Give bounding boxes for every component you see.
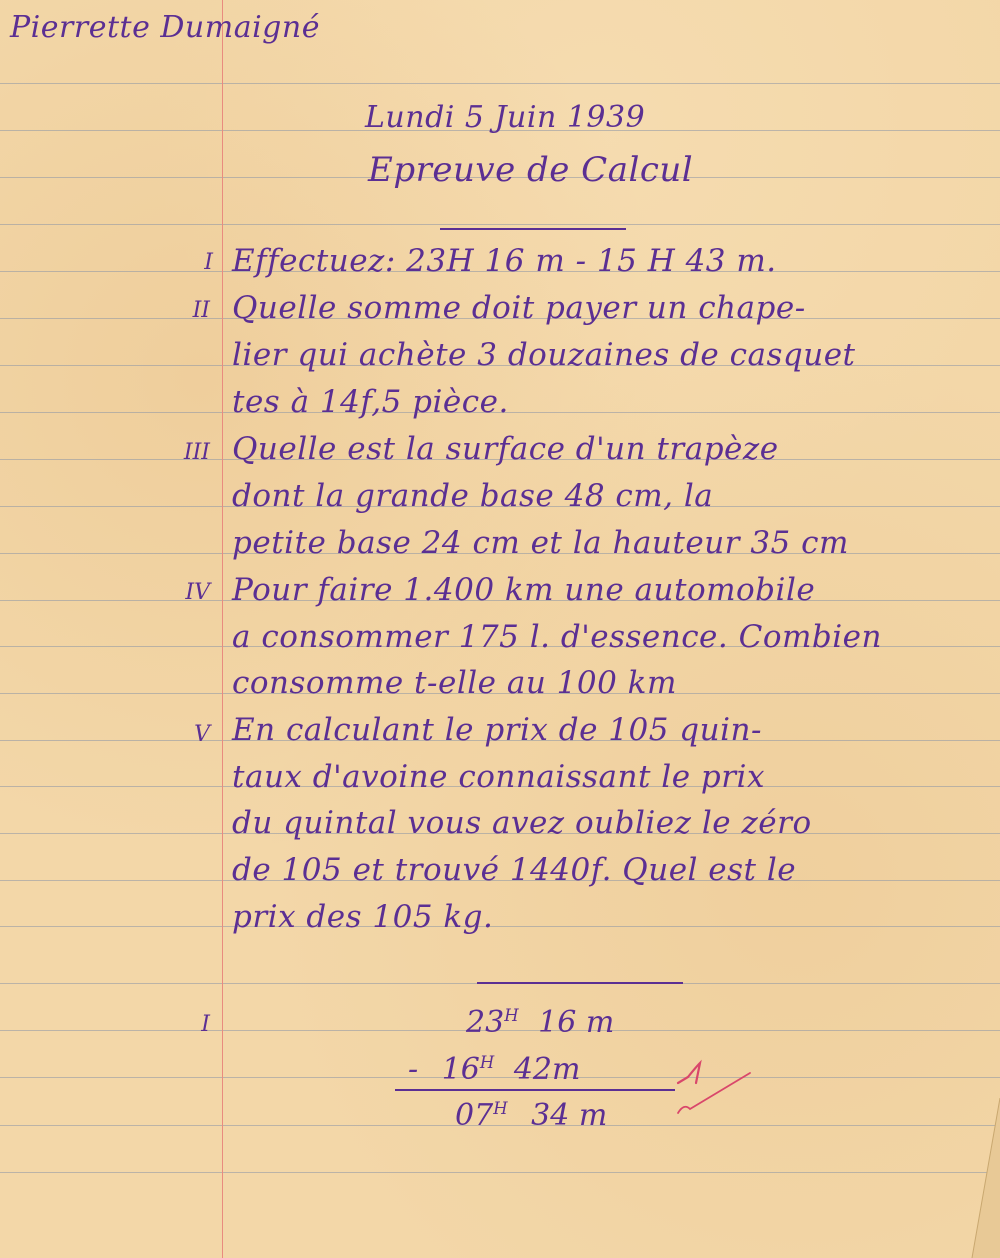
red-margin-line [222, 0, 223, 1258]
question-2-line-2: lier qui achète 3 douzaines de casquet [232, 337, 856, 373]
subtrahend-hours: 16 [442, 1052, 480, 1087]
subtrahend: - 16H 42m [408, 1052, 580, 1087]
hour-unit: H [480, 1053, 494, 1072]
student-name: Pierrette Dumaigné [10, 10, 320, 45]
minuend-hours: 23 [466, 1005, 504, 1040]
question-numeral-2: II [160, 298, 210, 323]
question-4-line-2: a consommer 175 l. d'essence. Combien [232, 619, 882, 655]
question-3-line-3: petite base 24 cm et la hauteur 35 cm [232, 525, 849, 561]
question-3-line-1: Quelle est la surface d'un trapèze [232, 431, 779, 467]
question-5-line-3: du quintal vous avez oubliez le zéro [232, 805, 812, 841]
question-numeral-3: III [150, 440, 210, 465]
question-4-line-1: Pour faire 1.400 km une automobile [232, 572, 815, 608]
question-5-line-4: de 105 et trouvé 1440f. Quel est le [232, 852, 796, 888]
minuend-minutes: 16 m [538, 1005, 614, 1040]
notebook-page: Pierrette Dumaigné Lundi 5 Juin 1939 Epr… [0, 0, 1000, 1258]
ruled-line [0, 224, 1000, 225]
question-5-line-1: En calculant le prix de 105 quin- [232, 712, 762, 748]
subtrahend-minutes: 42m [514, 1052, 581, 1087]
question-numeral-1: I [185, 250, 213, 275]
exam-date: Lundi 5 Juin 1939 [365, 100, 645, 135]
minuend: 23H 16 m [466, 1005, 614, 1040]
grade-checkmark-icon [660, 1055, 770, 1125]
answer-numeral-1: I [180, 1012, 210, 1037]
paper-edge-tear [960, 1098, 1000, 1258]
title-underline [440, 228, 626, 230]
question-4-line-3: consomme t-elle au 100 km [232, 665, 677, 701]
ruled-line [0, 83, 1000, 84]
ruled-line [0, 1172, 1000, 1173]
hour-unit: H [504, 1006, 518, 1025]
question-numeral-4: IV [155, 580, 210, 605]
question-numeral-5: V [160, 722, 210, 747]
result-hours: 07 [455, 1098, 493, 1133]
subtraction-bar [395, 1089, 675, 1091]
question-5-line-2: taux d'avoine connaissant le prix [232, 759, 765, 795]
question-2-line-1: Quelle somme doit payer un chape- [232, 290, 806, 326]
question-3-line-2: dont la grande base 48 cm, la [232, 478, 713, 514]
result: 07H 34 m [455, 1098, 607, 1133]
question-1-line-1: Effectuez: 23H 16 m - 15 H 43 m. [232, 243, 777, 279]
result-minutes: 34 m [531, 1098, 607, 1133]
question-5-line-5: prix des 105 kg. [232, 899, 493, 935]
ruled-line [0, 926, 1000, 927]
question-2-line-3: tes à 14f,5 pièce. [232, 384, 509, 420]
minus-sign: - [408, 1052, 418, 1087]
exam-title: Epreuve de Calcul [368, 150, 693, 190]
hour-unit: H [493, 1099, 507, 1118]
section-divider [477, 982, 683, 984]
